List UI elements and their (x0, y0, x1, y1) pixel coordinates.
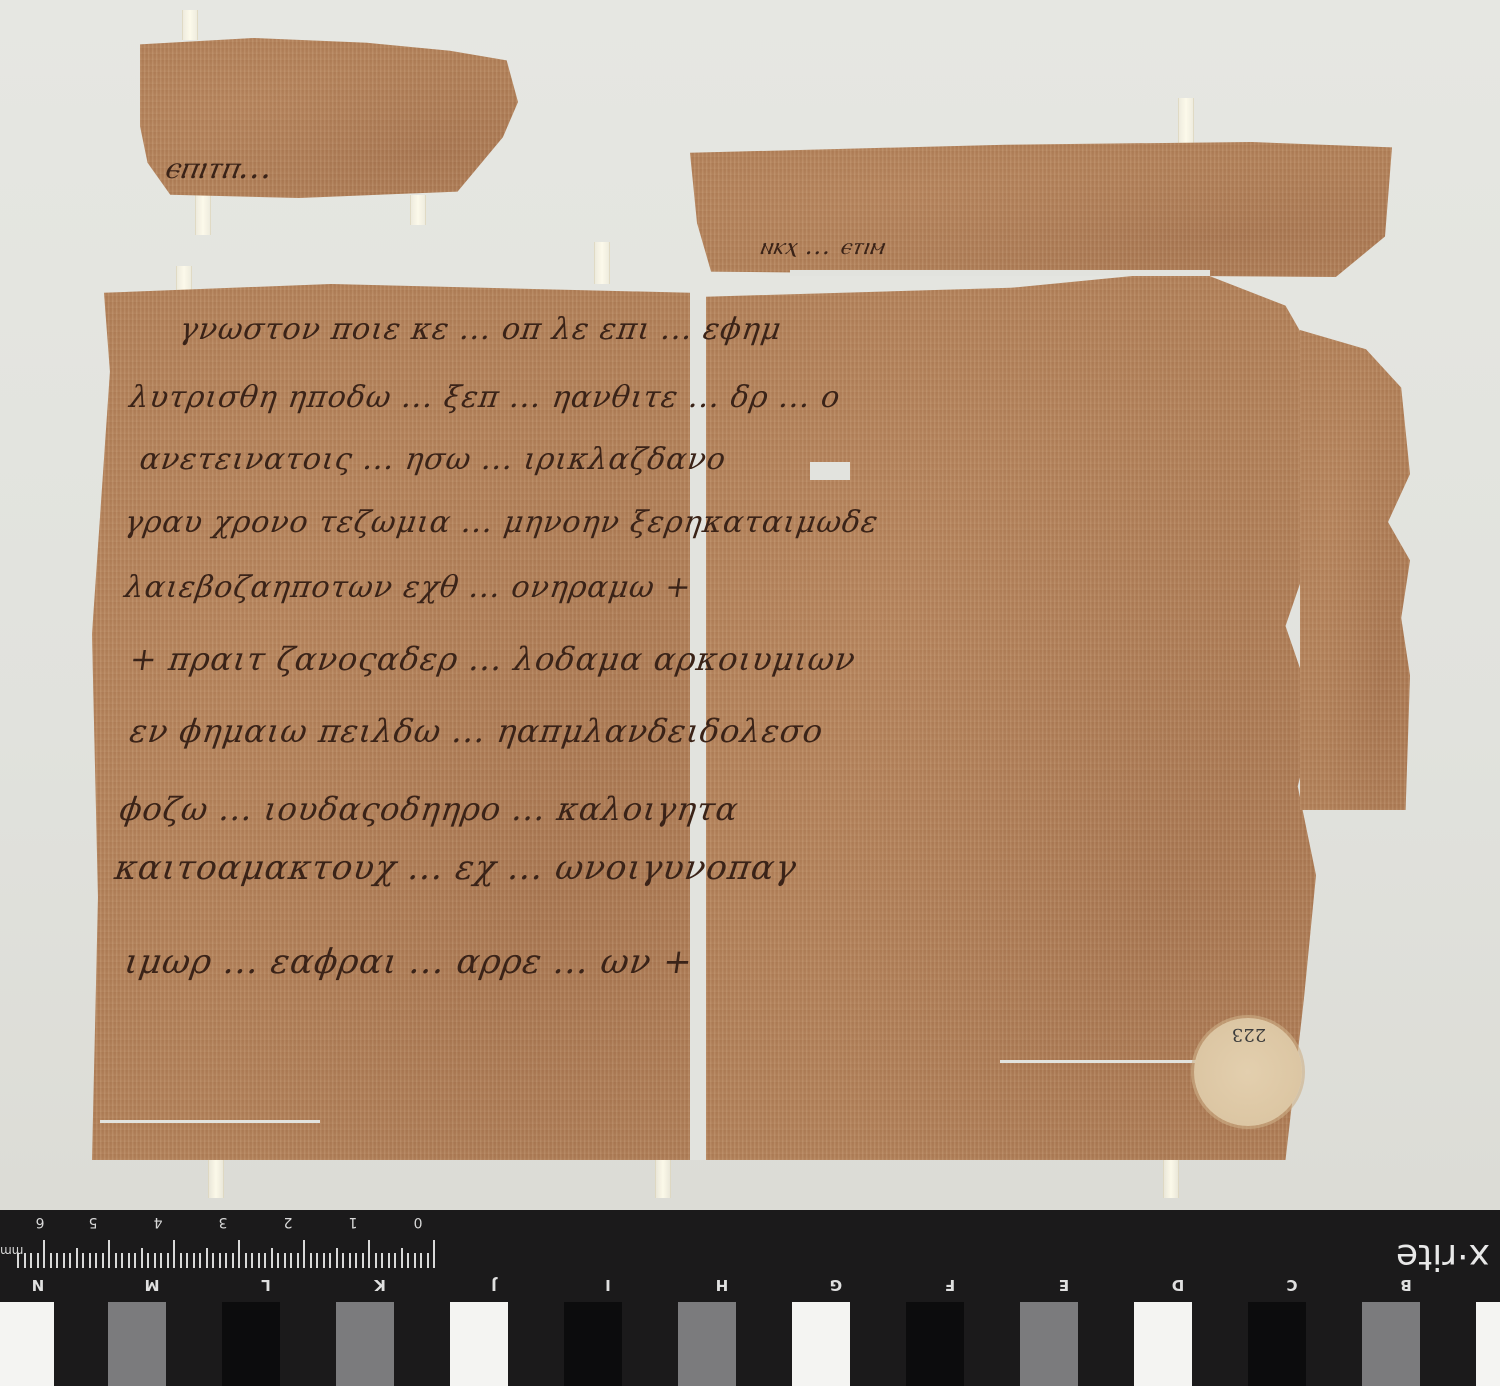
ruler-tick (193, 1253, 195, 1268)
tear (810, 462, 850, 480)
text-line-8: ϕοζω ... ιουδαςοδηηρο ... καλοιγητα (117, 790, 741, 828)
patch-letter-K: K (368, 1276, 392, 1294)
text-line-4: γραυ χρονο τεζωμια ... μηνοην ξερηκαταιμ… (123, 505, 881, 540)
tear (790, 270, 1210, 276)
ruler-tick (388, 1253, 390, 1268)
ruler-tick (414, 1253, 416, 1268)
ruler-tick (232, 1253, 234, 1268)
ruler-tick (258, 1253, 260, 1268)
patch-white-J (450, 1302, 508, 1386)
ruler-tick (368, 1240, 370, 1268)
ruler-tick (102, 1253, 104, 1268)
tape-strip (1178, 98, 1194, 146)
ruler-tick (160, 1253, 162, 1268)
patch-letter-E: E (1052, 1276, 1076, 1294)
patch-black-I (564, 1302, 622, 1386)
ruler-tick (375, 1253, 377, 1268)
ruler-tick (63, 1253, 65, 1268)
ruler-tick (420, 1253, 422, 1268)
ruler-tick (407, 1253, 409, 1268)
text-line-10: ιμωρ ... εαϕραι ... αρρε ... ων + (122, 942, 695, 982)
ruler-tick (355, 1253, 357, 1268)
patch-gray-H (678, 1302, 736, 1386)
ruler-tick (24, 1253, 26, 1268)
ruler-tick (43, 1240, 45, 1268)
ruler-tick (173, 1240, 175, 1268)
ruler-tick (115, 1253, 117, 1268)
ruler-tick (30, 1253, 32, 1268)
ruler-tick (154, 1253, 156, 1268)
patch-gray-E (1020, 1302, 1078, 1386)
patch-black-L (222, 1302, 280, 1386)
ruler-tick (238, 1240, 240, 1268)
tape-strip (182, 10, 198, 40)
text-line-3: ανετεινατοις ... ησω ... ιρικλαζδανο (138, 442, 729, 477)
patch-letter-L: L (254, 1276, 278, 1294)
patch-letter-I: I (596, 1276, 620, 1294)
ruler-tick (297, 1253, 299, 1268)
text-line-2: λυτρισθη ηποδω ... ξεπ ... ηανθιτε ... δ… (128, 380, 843, 415)
ruler-tick (17, 1253, 19, 1268)
patch-white-D (1134, 1302, 1192, 1386)
tape-strip (195, 195, 211, 235)
ruler-tick (336, 1248, 338, 1268)
ruler-tick (251, 1253, 253, 1268)
patch-letter-H: H (710, 1276, 734, 1294)
ruler-number-4: 4 (148, 1214, 168, 1230)
patch-letter-M: M (140, 1276, 164, 1294)
ruler-tick (56, 1253, 58, 1268)
ruler-tick (121, 1253, 123, 1268)
ruler-tick (69, 1253, 71, 1268)
ruler-tick (427, 1253, 429, 1268)
tape-strip (410, 195, 426, 225)
ruler-tick (141, 1248, 143, 1268)
ruler-tick (394, 1253, 396, 1268)
patch-letter-N: N (26, 1276, 50, 1294)
patch-letter-G: G (824, 1276, 848, 1294)
ruler-tick (277, 1253, 279, 1268)
ruler-tick (401, 1248, 403, 1268)
ruler-tick (342, 1253, 344, 1268)
patch-letter-D: D (1166, 1276, 1190, 1294)
ruler-tick (219, 1253, 221, 1268)
tear (100, 1120, 320, 1123)
ruler-number-5: 5 (83, 1214, 103, 1230)
ruler-tick (186, 1253, 188, 1268)
ruler-tick (362, 1253, 364, 1268)
fragment-text: ⲉⲡⲓⲧⲡ... (162, 148, 275, 187)
patch-gray-B (1362, 1302, 1420, 1386)
ruler-number-6: 6 (30, 1214, 50, 1230)
ruler-tick (433, 1240, 435, 1268)
ruler-tick (95, 1253, 97, 1268)
text-line-9: καιτοαμακτουχ ... εχ ... ωνοιγυνοπαγ (112, 848, 799, 888)
ruler-tick (212, 1253, 214, 1268)
ruler-tick (245, 1253, 247, 1268)
ruler-tick (316, 1253, 318, 1268)
ruler-number-0: 0 (408, 1214, 428, 1230)
ruler-number-3: 3 (213, 1214, 233, 1230)
photograph: ⲉⲡⲓⲧⲡ... ⲛⲕⲭ ... ⲉⲧⲓⲙ γνωστον ποιε κε ..… (0, 0, 1500, 1386)
ruler-tick (381, 1253, 383, 1268)
patch-black-F (906, 1302, 964, 1386)
ruler-tick (108, 1240, 110, 1268)
inventory-number: 223 (1224, 1024, 1274, 1045)
ruler-tick (82, 1253, 84, 1268)
patch-letter-J: J (482, 1276, 506, 1294)
ruler-tick (147, 1253, 149, 1268)
ruler-tick (76, 1248, 78, 1268)
text-line-1: γνωστον ποιε κε ... οπ λε επι ... εϕημ (178, 312, 784, 347)
ruler-tick (134, 1253, 136, 1268)
ruler-number-2: 2 (278, 1214, 298, 1230)
patch-letter-C: C (1280, 1276, 1304, 1294)
patch-white-G (792, 1302, 850, 1386)
ruler-tick (206, 1248, 208, 1268)
ruler-tick (290, 1253, 292, 1268)
ruler-tick (89, 1253, 91, 1268)
ruler-tick (50, 1253, 52, 1268)
ruler-tick (271, 1248, 273, 1268)
patch-letter-B: B (1394, 1276, 1418, 1294)
patch-white-A (1476, 1302, 1500, 1386)
chart-brand-logo: x·rite (1396, 1236, 1490, 1277)
ruler-tick (284, 1253, 286, 1268)
text-line-6: + πραιτ ζανοςαδερ ... λοδαμα αρκοιυμιων (127, 640, 858, 678)
ruler-tick (128, 1253, 130, 1268)
ruler-tick (37, 1253, 39, 1268)
ruler-number-1: 1 (343, 1214, 363, 1230)
ruler-tick (349, 1253, 351, 1268)
patch-letter-F: F (938, 1276, 962, 1294)
ruler-tick (225, 1253, 227, 1268)
ruler-tick (303, 1240, 305, 1268)
ruler-tick (310, 1253, 312, 1268)
tape-strip (594, 242, 610, 284)
text-line-7: εν ϕημαιω πειλδω ... ηαπμλανδειδολεσο (127, 712, 826, 750)
ruler-tick (323, 1253, 325, 1268)
ruler-tick (180, 1253, 182, 1268)
ruler-tick (264, 1253, 266, 1268)
mm-ruler (8, 1238, 433, 1268)
ruler-tick (167, 1253, 169, 1268)
patch-black-C (1248, 1302, 1306, 1386)
patch-white-N (0, 1302, 54, 1386)
ruler-tick (329, 1253, 331, 1268)
tape-strip (176, 266, 192, 290)
papyrus-right-extension (1300, 330, 1410, 810)
patch-gray-M (108, 1302, 166, 1386)
text-line-top: ⲛⲕⲭ ... ⲉⲧⲓⲙ (758, 232, 887, 260)
tear (1000, 1060, 1200, 1063)
patch-gray-K (336, 1302, 394, 1386)
text-line-5: λαιεβοζαηποτων εχθ ... ονηραμω + (123, 570, 694, 605)
ruler-tick (199, 1253, 201, 1268)
